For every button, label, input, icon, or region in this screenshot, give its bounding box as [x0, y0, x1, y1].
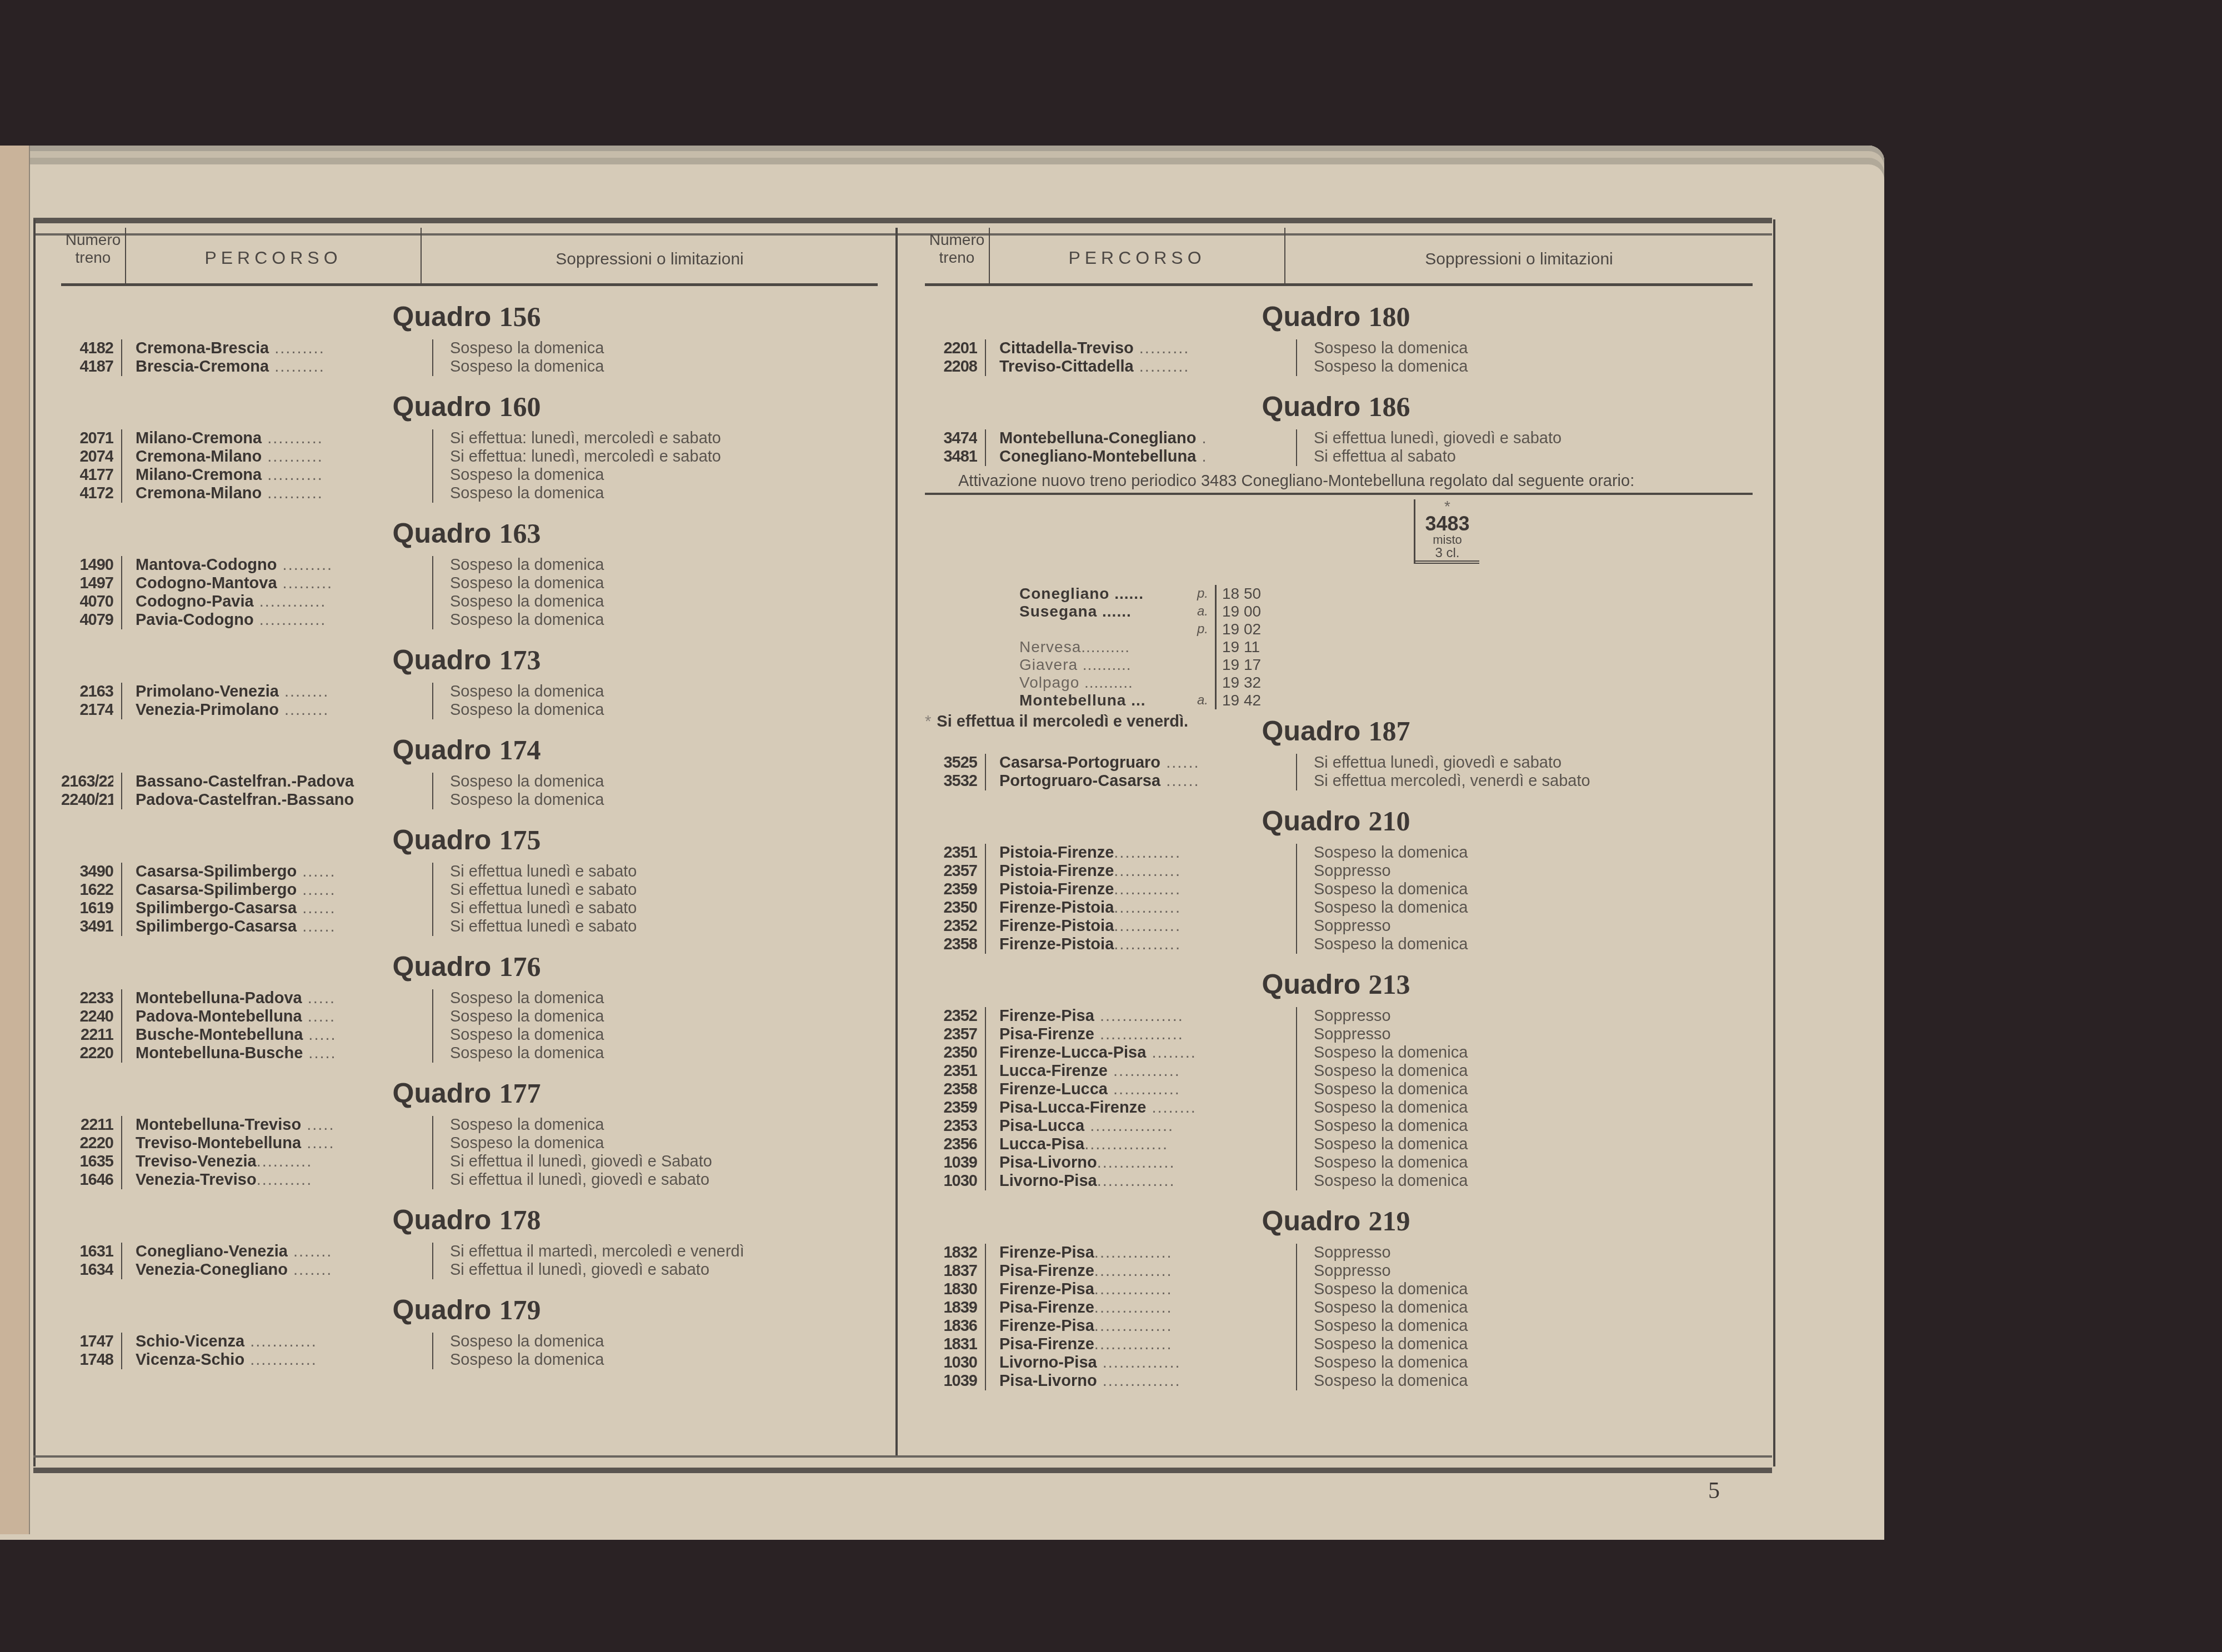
quadro-label: Quadro [1262, 969, 1361, 1000]
quadro-number: 213 [1368, 969, 1410, 1000]
arrival-departure-marker [1186, 638, 1208, 656]
route-name: Firenze-Pistoia............ [999, 899, 1288, 917]
limitation-text: Sospeso la domenica [450, 556, 894, 574]
quadro-label: Quadro [1262, 805, 1361, 837]
route-text: Pavia-Codogno [136, 611, 254, 629]
timetable-footnote: *Si effettua il mercoledì e venerdì. [925, 713, 1188, 731]
route-text: Firenze-Pisa [999, 1280, 1094, 1298]
quadro-rows: 2211222016351646Montebelluna-Treviso ...… [61, 1116, 894, 1189]
limitation-text: Sospeso la domenica [450, 791, 894, 809]
limitation-text: Soppresso [1314, 1244, 1769, 1262]
train-number: 2163/2233 [61, 773, 113, 791]
column-header: Numero treno PERCORSO Soppressioni o lim… [925, 228, 1753, 286]
limitation-text: Sospeso la domenica [450, 1134, 894, 1153]
limitation-text: Sospeso la domenica [1314, 1354, 1769, 1372]
train-number: 1832 [925, 1244, 977, 1262]
route-text: Livorno-Pisa [999, 1172, 1097, 1190]
route-column: Cremona-Brescia .........Brescia-Cremona… [122, 339, 433, 376]
route-name: Casarsa-Spilimbergo ...... [136, 881, 424, 899]
quadro-section: Quadro1602071207441774172Milano-Cremona … [39, 391, 894, 503]
route-name: Pisa-Livorno .............. [999, 1372, 1288, 1390]
leader-dots: ........ [279, 683, 329, 700]
timetable-row: Susegana ......a.19 00 [1019, 603, 1283, 620]
train-number-column: 22012208 [925, 339, 986, 376]
station-name: Conegliano ...... [1019, 585, 1186, 603]
quadro-rows: 41824187Cremona-Brescia .........Brescia… [61, 339, 894, 376]
header-soppressioni: Soppressioni o limitazioni [422, 228, 878, 283]
column-divider [895, 228, 898, 1455]
train-number: 2356 [925, 1135, 977, 1154]
quadro-section: Quadro17321632174Primolano-Venezia .....… [39, 644, 894, 719]
route-name: Pisa-Firenze.............. [999, 1335, 1288, 1354]
route-text: Pistoia-Firenze [999, 880, 1114, 898]
route-text: Treviso-Cittadella [999, 358, 1134, 376]
route-name: Lucca-Firenze ............ [999, 1062, 1288, 1080]
limitation-text: Soppresso [1314, 1007, 1769, 1025]
train-number: 3483 [1415, 514, 1479, 534]
route-text: Milano-Cremona [136, 466, 262, 484]
leader-dots: ...... [297, 881, 336, 899]
route-name: Venezia-Treviso.......... [136, 1171, 424, 1189]
limitation-text: Si effettua il lunedì, giovedì e sabato [450, 1171, 894, 1189]
limitation-text: Sospeso la domenica [1314, 1172, 1769, 1190]
limitation-text: Sospeso la domenica [450, 989, 894, 1008]
timetable-row: Montebelluna ...a.19 42 [1019, 692, 1283, 709]
train-class: 3 cl. [1415, 546, 1479, 564]
route-text: Firenze-Pistoia [999, 935, 1114, 953]
train-number: 1836 [925, 1317, 977, 1335]
route-name: Firenze-Pistoia............ [999, 935, 1288, 954]
leader-dots: ......... [269, 339, 325, 357]
route-text: Mantova-Codogno [136, 556, 277, 574]
route-column: Mantova-Codogno .........Codogno-Mantova… [122, 556, 433, 629]
limitation-text: Sospeso la domenica [450, 611, 894, 629]
route-name: Montebelluna-Treviso ..... [136, 1116, 424, 1134]
quadro-title: Quadro179 [39, 1294, 894, 1326]
route-name: Venezia-Primolano ........ [136, 701, 424, 719]
route-text: Schio-Vicenza [136, 1333, 244, 1350]
station-name: Susegana ...... [1019, 603, 1186, 620]
limitations-column: Si effettua: lunedì, mercoledì e sabatoS… [433, 429, 894, 503]
quadro-rows: 2071207441774172Milano-Cremona .........… [61, 429, 894, 503]
leader-dots: . [1196, 429, 1207, 447]
quadro-number: 210 [1368, 805, 1410, 837]
limitations-column: Sospeso la domenicaSospeso la domenica [433, 339, 894, 376]
route-column: Casarsa-Spilimbergo ......Casarsa-Spilim… [122, 863, 433, 936]
timetable-row: p.19 02 [1019, 620, 1283, 638]
route-name: Pisa-Firenze.............. [999, 1299, 1288, 1317]
quadro-rows: 2163/22332240/2174Bassano-Castelfran.-Pa… [61, 773, 894, 809]
limitation-text: Sospeso la domenica [450, 683, 894, 701]
quadro-number: 187 [1368, 715, 1410, 747]
leader-dots: .............. [1097, 1372, 1181, 1390]
limitation-text: Sospeso la domenica [1314, 1099, 1769, 1117]
limitations-column: Si effettua lunedì e sabatoSi effettua l… [433, 863, 894, 936]
leader-dots: .......... [257, 1153, 313, 1170]
page-spine [0, 146, 30, 1534]
station-time: 18 50 [1215, 585, 1283, 603]
leader-dots: .......... [262, 448, 323, 465]
train-number: 2071 [61, 429, 113, 448]
table-bottom-rule [33, 1455, 1772, 1473]
station-text: Nervesa [1019, 638, 1081, 655]
route-text: Casarsa-Spilimbergo [136, 863, 297, 880]
train-number: 2211 [61, 1026, 113, 1044]
route-column: Casarsa-Portogruaro ......Portogruaro-Ca… [986, 754, 1297, 790]
route-column: Cittadella-Treviso .........Treviso-Citt… [986, 339, 1297, 376]
route-text: Montebelluna-Conegliano [999, 429, 1196, 447]
leader-dots: ............ [1114, 880, 1181, 898]
quadro-rows: 1490149740704079Mantova-Codogno ........… [61, 556, 894, 629]
quadro-title: Quadro156 [39, 301, 894, 333]
limitation-text: Sospeso la domenica [450, 1116, 894, 1134]
quadro-rows: 35253532Casarsa-Portogruaro ......Portog… [925, 754, 1769, 790]
limitation-text: Si effettua lunedì e sabato [450, 863, 894, 881]
leader-dots: ...... [297, 899, 336, 917]
limitation-text: Sospeso la domenica [450, 773, 894, 791]
timetable-row: Volpago ..........19 32 [1019, 674, 1283, 692]
quadro-label: Quadro [393, 734, 492, 765]
arrival-departure-marker: p. [1186, 585, 1208, 603]
quadro-section: Quadro1631490149740704079Mantova-Codogno… [39, 517, 894, 629]
train-number: 1039 [925, 1372, 977, 1390]
route-name: Casarsa-Spilimbergo ...... [136, 863, 424, 881]
leader-dots: ...... [1160, 754, 1199, 772]
route-name: Pisa-Lucca-Firenze ........ [999, 1099, 1288, 1117]
route-column: Montebelluna-Treviso .....Treviso-Monteb… [122, 1116, 433, 1189]
leader-dots: ........ [1146, 1044, 1197, 1062]
quadro-number: 160 [499, 391, 541, 422]
route-name: Pisa-Livorno.............. [999, 1154, 1288, 1172]
quadro-title: Quadro175 [39, 824, 894, 856]
train-number: 2208 [925, 358, 977, 376]
quadro-title: Quadro176 [39, 950, 894, 983]
quadro-title: Quadro160 [39, 391, 894, 423]
train-number: 2357 [925, 862, 977, 880]
route-name: Pistoia-Firenze............ [999, 844, 1288, 862]
route-name: Montebelluna-Busche ..... [136, 1044, 424, 1063]
limitation-text: Sospeso la domenica [450, 466, 894, 484]
limitations-column: Sospeso la domenicaSospeso la domenicaSo… [433, 989, 894, 1063]
header-soppressioni: Soppressioni o limitazioni [1285, 228, 1753, 283]
train-number: 1830 [925, 1280, 977, 1299]
train-number: 2174 [61, 701, 113, 719]
quadro-section: Quadro2132352235723502351235823592353235… [903, 968, 1769, 1190]
quadro-number: 173 [499, 644, 541, 675]
limitation-text: Sospeso la domenica [1314, 1062, 1769, 1080]
leader-dots: ............... [1084, 1135, 1168, 1153]
leader-dots: .......... [262, 484, 323, 502]
limitation-text: Sospeso la domenica [450, 1333, 894, 1351]
train-number: 2358 [925, 935, 977, 954]
train-number-column: 17471748 [61, 1333, 122, 1369]
limitations-column: Sospeso la domenicaSoppressoSospeso la d… [1297, 844, 1769, 954]
route-column: Bassano-Castelfran.-PadovaPadova-Castelf… [122, 773, 433, 809]
train-number-column: 235123572359235023522358 [925, 844, 986, 954]
leader-dots: .............. [1094, 1262, 1173, 1280]
quadro-label: Quadro [393, 1204, 492, 1235]
quadro-section: Quadro15641824187Cremona-Brescia .......… [39, 301, 894, 376]
limitation-text: Sospeso la domenica [1314, 1135, 1769, 1154]
quadro-number: 178 [499, 1204, 541, 1235]
leader-dots: ..... [303, 1026, 336, 1044]
train-number: 4070 [61, 593, 113, 611]
limitation-text: Si effettua lunedì e sabato [450, 881, 894, 899]
limitation-text: Si effettua il martedì, mercoledì e vene… [450, 1243, 894, 1261]
train-number: 2201 [925, 339, 977, 358]
route-name: Primolano-Venezia ........ [136, 683, 424, 701]
route-name: Cittadella-Treviso ......... [999, 339, 1288, 358]
station-time: 19 00 [1215, 603, 1283, 620]
limitations-column: SoppressoSoppressoSospeso la domenicaSos… [1297, 1007, 1769, 1190]
quadro-label: Quadro [1262, 391, 1361, 422]
route-name: Padova-Castelfran.-Bassano [136, 791, 424, 809]
route-name: Milano-Cremona .......... [136, 466, 424, 484]
train-number: 1635 [61, 1153, 113, 1171]
train-number-column: 2352235723502351235823592353235610391030 [925, 1007, 986, 1190]
route-name: Cremona-Milano .......... [136, 448, 424, 466]
train-number: 1748 [61, 1351, 113, 1369]
limitation-text: Sospeso la domenica [450, 339, 894, 358]
route-text: Pisa-Livorno [999, 1154, 1097, 1172]
limitation-text: Sospeso la domenica [450, 358, 894, 376]
route-name: Venezia-Conegliano ....... [136, 1261, 424, 1279]
leader-dots: .......... [257, 1171, 313, 1189]
quadro-rows: 2233224022112220Montebelluna-Padova ....… [61, 989, 894, 1063]
route-text: Firenze-Pisa [999, 1007, 1094, 1025]
route-text: Conegliano-Venezia [136, 1243, 288, 1260]
train-number: 1497 [61, 574, 113, 593]
route-column: Pistoia-Firenze............Pistoia-Firen… [986, 844, 1297, 954]
quadro-section: Quadro1742163/22332240/2174Bassano-Caste… [39, 734, 894, 809]
train-number: 2352 [925, 1007, 977, 1025]
train-number: 2352 [925, 917, 977, 935]
train-number: 1631 [61, 1243, 113, 1261]
leader-dots: ............ [254, 611, 327, 629]
train-number: 3491 [61, 918, 113, 936]
limitation-text: Sospeso la domenica [1314, 935, 1769, 954]
route-name: Treviso-Montebelluna ..... [136, 1134, 424, 1153]
limitation-text: Sospeso la domenica [1314, 358, 1769, 376]
route-text: Cremona-Brescia [136, 339, 269, 357]
timetable-row: Conegliano ......p.18 50 [1019, 585, 1283, 603]
route-text: Livorno-Pisa [999, 1354, 1097, 1371]
route-text: Casarsa-Spilimbergo [136, 881, 297, 899]
train-number: 1619 [61, 899, 113, 918]
leader-dots: .......... [1081, 638, 1130, 655]
route-name: Pisa-Firenze.............. [999, 1262, 1288, 1280]
train-number: 1622 [61, 881, 113, 899]
train-number: 1837 [925, 1262, 977, 1280]
leader-dots: .......... [1078, 656, 1132, 673]
quadro-rows: 21632174Primolano-Venezia ........Venezi… [61, 683, 894, 719]
leader-dots: ............ [1114, 899, 1181, 917]
route-text: Milano-Cremona [136, 429, 262, 447]
limitation-text: Sospeso la domenica [1314, 1154, 1769, 1172]
arrival-departure-marker [1186, 656, 1208, 674]
limitation-text: Sospeso la domenica [1314, 1280, 1769, 1299]
route-text: Busche-Montebelluna [136, 1026, 303, 1044]
route-column: Primolano-Venezia ........Venezia-Primol… [122, 683, 433, 719]
train-number: 1839 [925, 1299, 977, 1317]
leader-dots: .......... [262, 429, 323, 447]
quadro-label: Quadro [393, 951, 492, 982]
train-number-column: 41824187 [61, 339, 122, 376]
route-text: Venezia-Primolano [136, 701, 279, 719]
station-text: Conegliano [1019, 585, 1109, 602]
quadro-section: Quadro18634743481Montebelluna-Conegliano… [903, 391, 1769, 466]
limitations-column: Sospeso la domenicaSospeso la domenica [433, 773, 894, 809]
quadro-rows: 34743481Montebelluna-Conegliano .Conegli… [925, 429, 1769, 466]
train-number: 2353 [925, 1117, 977, 1135]
route-name: Spilimbergo-Casarsa ...... [136, 899, 424, 918]
quadro-title: Quadro219 [903, 1205, 1769, 1237]
route-name: Bassano-Castelfran.-Padova [136, 773, 424, 791]
route-text: Venezia-Conegliano [136, 1261, 288, 1279]
limitation-text: Soppresso [1314, 862, 1769, 880]
train-number: 2350 [925, 899, 977, 917]
quadro-section: Quadro17917471748Schio-Vicenza .........… [39, 1294, 894, 1369]
route-text: Portogruaro-Casarsa [999, 772, 1160, 790]
limitation-text: Sospeso la domenica [450, 574, 894, 593]
route-text: Pisa-Firenze [999, 1025, 1094, 1043]
train-number-column: 21632174 [61, 683, 122, 719]
leader-dots: ..... [302, 1008, 336, 1025]
route-text: Lucca-Pisa [999, 1135, 1084, 1153]
quadro-number: 179 [499, 1294, 541, 1325]
route-name: Firenze-Pisa.............. [999, 1280, 1288, 1299]
quadro-title: Quadro178 [39, 1204, 894, 1236]
train-number: 1831 [925, 1335, 977, 1354]
limitations-column: Sospeso la domenicaSospeso la domenicaSo… [433, 556, 894, 629]
limitation-text: Si effettua lunedì, giovedì e sabato [1314, 754, 1769, 772]
station-text: Montebelluna [1019, 692, 1126, 709]
route-name: Portogruaro-Casarsa ...... [999, 772, 1288, 790]
leader-dots: .............. [1097, 1154, 1175, 1172]
route-name: Busche-Montebelluna ..... [136, 1026, 424, 1044]
quadro-label: Quadro [393, 391, 492, 422]
limitation-text: Si effettua lunedì e sabato [450, 918, 894, 936]
route-name: Firenze-Lucca-Pisa ........ [999, 1044, 1288, 1062]
quadro-title: Quadro186 [903, 391, 1769, 423]
route-name: Montebelluna-Padova ..... [136, 989, 424, 1008]
leader-dots: ..... [302, 989, 336, 1007]
limitation-text: Si effettua: lunedì, mercoledì e sabato [450, 448, 894, 466]
route-text: Pisa-Lucca-Firenze [999, 1099, 1146, 1117]
route-text: Firenze-Pistoia [999, 917, 1114, 935]
quadro-rows: 22012208Cittadella-Treviso .........Trev… [925, 339, 1769, 376]
route-name: Pisa-Firenze ............... [999, 1025, 1288, 1044]
quadro-title: Quadro213 [903, 968, 1769, 1000]
limitation-text: Sospeso la domenica [1314, 1044, 1769, 1062]
limitations-column: Si effettua lunedì, giovedì e sabatoSi e… [1297, 754, 1769, 790]
quadro-label: Quadro [393, 644, 492, 675]
leader-dots: ............... [1084, 1117, 1174, 1135]
leader-dots: ............ [1114, 844, 1181, 862]
train-number: 2359 [925, 880, 977, 899]
leader-dots: ...... [1097, 603, 1131, 620]
column-header: Numero treno PERCORSO Soppressioni o lim… [61, 228, 878, 286]
route-text: Bassano-Castelfran.-Padova [136, 773, 354, 790]
route-text: Casarsa-Portogruaro [999, 754, 1160, 772]
quadro-section: Quadro2191832183718301839183618311030103… [903, 1205, 1769, 1390]
quadro-title: Quadro163 [39, 517, 894, 549]
route-name: Mantova-Codogno ......... [136, 556, 424, 574]
quadro-number: 176 [499, 951, 541, 982]
route-text: Firenze-Lucca-Pisa [999, 1044, 1146, 1062]
footnote-text: Si effettua il mercoledì e venerdì. [937, 713, 1188, 730]
quadro-section: Quadro210235123572359235023522358Pistoia… [903, 805, 1769, 954]
limitation-text: Sospeso la domenica [1314, 1299, 1769, 1317]
leader-dots: ............... [1094, 1007, 1184, 1025]
train-number-column: 2233224022112220 [61, 989, 122, 1063]
leader-dots: ...... [1109, 585, 1143, 602]
limitation-text: Si effettua: lunedì, mercoledì e sabato [450, 429, 894, 448]
route-column: Milano-Cremona ..........Cremona-Milano … [122, 429, 433, 503]
quadro-number: 180 [1368, 301, 1410, 332]
limitation-text: Sospeso la domenica [450, 1026, 894, 1044]
leader-dots: ......... [1134, 339, 1190, 357]
quadro-label: Quadro [1262, 715, 1361, 747]
train-number-column: 3490162216193491 [61, 863, 122, 936]
leader-dots: ....... [288, 1261, 332, 1279]
quadro-rows: 16311634Conegliano-Venezia .......Venezi… [61, 1243, 894, 1279]
quadro-number: 219 [1368, 1205, 1410, 1237]
limitation-text: Sospeso la domenica [450, 1008, 894, 1026]
leader-dots: ..... [303, 1044, 336, 1062]
route-text: Pisa-Firenze [999, 1335, 1094, 1353]
limitation-text: Soppresso [1314, 1262, 1769, 1280]
route-text: Pisa-Firenze [999, 1262, 1094, 1280]
leader-dots: ............ [1114, 917, 1181, 935]
train-number-column: 34743481 [925, 429, 986, 466]
route-text: Montebelluna-Padova [136, 989, 302, 1007]
train-number-column: 2163/22332240/2174 [61, 773, 122, 809]
route-text: Firenze-Pistoia [999, 899, 1114, 917]
quadro-label: Quadro [393, 1294, 492, 1325]
station-text: Volpago [1019, 674, 1079, 691]
route-name: Livorno-Pisa.............. [999, 1172, 1288, 1190]
route-column: Montebelluna-Conegliano .Conegliano-Mont… [986, 429, 1297, 466]
limitation-text: Sospeso la domenica [450, 1351, 894, 1369]
leader-dots: .............. [1097, 1172, 1175, 1190]
header-numero-treno: Numero treno [61, 228, 126, 283]
train-number-column: 2211222016351646 [61, 1116, 122, 1189]
timetable-stations: Conegliano ......p.18 50Susegana ......a… [1019, 585, 1283, 709]
quadro-rows: 3490162216193491Casarsa-Spilimbergo ....… [61, 863, 894, 936]
route-name: Cremona-Milano .......... [136, 484, 424, 503]
route-name: Schio-Vicenza ............ [136, 1333, 424, 1351]
train-number: 3481 [925, 448, 977, 466]
quadro-label: Quadro [1262, 1205, 1361, 1237]
route-text: Spilimbergo-Casarsa [136, 918, 297, 935]
leader-dots: .............. [1097, 1354, 1181, 1371]
quadro-label: Quadro [1262, 301, 1361, 332]
train-number: 3525 [925, 754, 977, 772]
quadro-label: Quadro [393, 824, 492, 855]
route-name: Firenze-Pisa.............. [999, 1317, 1288, 1335]
route-name: Livorno-Pisa .............. [999, 1354, 1288, 1372]
leader-dots: ............ [254, 593, 327, 610]
station-time: 19 02 [1215, 620, 1283, 638]
timetable-row: Nervesa..........19 11 [1019, 638, 1283, 656]
header-percorso: PERCORSO [126, 228, 422, 283]
route-name: Conegliano-Venezia ....... [136, 1243, 424, 1261]
train-number: 2233 [61, 989, 113, 1008]
leader-dots: ............ [244, 1333, 317, 1350]
train-number: 1747 [61, 1333, 113, 1351]
quadro-number: 177 [499, 1078, 541, 1109]
